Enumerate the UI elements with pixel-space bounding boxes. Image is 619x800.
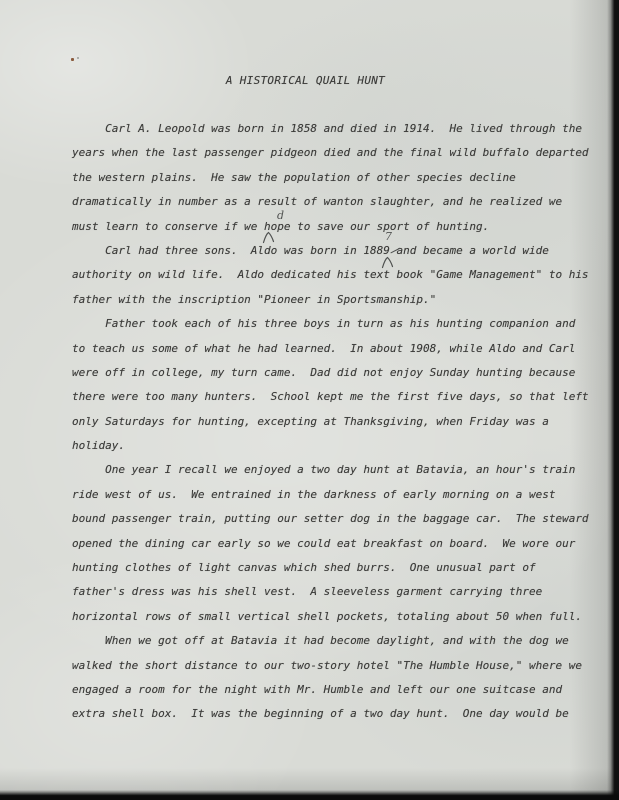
body-text: Carl A. Leopold was born in 1858 and die…: [72, 117, 602, 727]
pencil-caret-icon: [262, 231, 276, 244]
text-line: authority on wild life. Aldo dedicated h…: [72, 263, 602, 287]
text-line: holiday.: [72, 434, 602, 458]
text-line: hunting clothes of light canvas which sh…: [72, 556, 602, 580]
text-line: there were too many hunters. School kept…: [72, 385, 602, 409]
page-title: A HISTORICAL QUAIL HUNT: [0, 74, 611, 87]
text-line: ride west of us. We entrained in the dar…: [72, 483, 602, 507]
scanned-typewritten-page: A HISTORICAL QUAIL HUNT Carl A. Leopold …: [0, 0, 619, 800]
paper-speck: [71, 58, 74, 61]
text-line: opened the dining car early so we could …: [72, 532, 602, 556]
text-line: Carl A. Leopold was born in 1858 and die…: [72, 117, 602, 141]
text-line: Carl had three sons. Aldo was born in 18…: [72, 239, 602, 263]
text-line: to teach us some of what he had learned.…: [72, 337, 602, 361]
text-line: engaged a room for the night with Mr. Hu…: [72, 678, 602, 702]
scan-border-bottom: [0, 790, 619, 800]
text-line: One year I recall we enjoyed a two day h…: [72, 458, 602, 482]
text-line: the western plains. He saw the populatio…: [72, 166, 602, 190]
text-line: father with the inscription "Pioneer in …: [72, 288, 602, 312]
text-line: only Saturdays for hunting, excepting at…: [72, 410, 602, 434]
text-line: must learn to conserve if we hope to sav…: [72, 215, 602, 239]
text-line: father's dress was his shell vest. A sle…: [72, 580, 602, 604]
text-line: years when the last passenger pidgeon di…: [72, 141, 602, 165]
pencil-insertion-7: 7: [385, 231, 392, 242]
text-line: horizontal rows of small vertical shell …: [72, 605, 602, 629]
text-line: When we got off at Batavia it had become…: [72, 629, 602, 653]
text-line: dramatically in number as a result of wa…: [72, 190, 602, 214]
pencil-insertion-d: d: [277, 210, 284, 221]
paper-speck: [77, 57, 79, 59]
text-line: were off in college, my turn came. Dad d…: [72, 361, 602, 385]
scan-border-right: [607, 0, 619, 800]
text-line: Father took each of his three boys in tu…: [72, 312, 602, 336]
text-line: walked the short distance to our two-sto…: [72, 654, 602, 678]
text-line: bound passenger train, putting our sette…: [72, 507, 602, 531]
text-line: extra shell box. It was the beginning of…: [72, 702, 602, 726]
pencil-caret-icon: [381, 256, 395, 269]
